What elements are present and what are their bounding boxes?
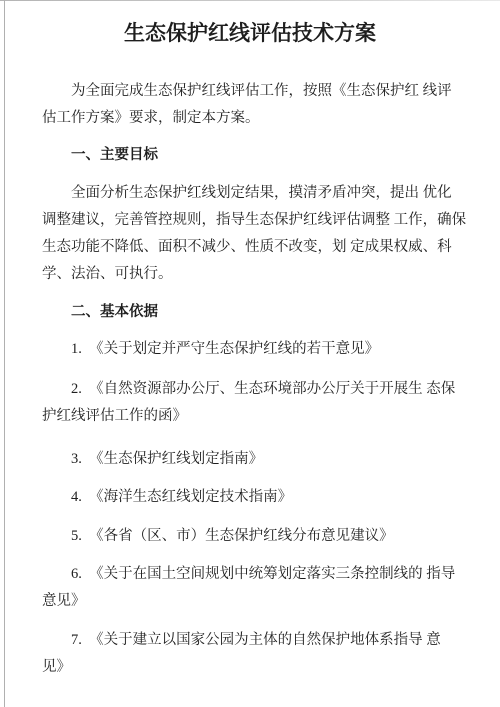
heading-line: 二、基本依据 [42, 299, 458, 326]
text-line: 6. 《关于在国土空间规划中统筹划定落实三条控制线的 指导 [42, 561, 458, 588]
heading-line: 一、主要目标 [42, 142, 458, 169]
text-line: 7. 《关于建立以国家公园为主体的自然保护地体系指导 意 [42, 627, 458, 654]
section1-body-paragraph: 全面分析生态保护红线划定结果，摸清矛盾冲突，提出 优化 调整建议，完善管控规则，… [42, 180, 458, 288]
list-item: 1. 《关于划定并严守生态保护红线的若干意见》 [42, 336, 458, 363]
section1-heading: 一、主要目标 [42, 142, 458, 169]
text-line: 5. 《各省（区、市）生态保护红线分布意见建议》 [42, 523, 458, 550]
text-line: 调整建议，完善管控规则，指导生态保护红线评估调整 工作，确保 [42, 207, 458, 234]
text-line: 4. 《海洋生态红线划定技术指南》 [42, 484, 458, 511]
text-line: 为全面完成生态保护红线评估工作，按照《生态保护红 线评 [42, 78, 458, 105]
list-item: 6. 《关于在国土空间规划中统筹划定落实三条控制线的 指导 意见》 [42, 561, 458, 615]
list-item: 5. 《各省（区、市）生态保护红线分布意见建议》 [42, 523, 458, 550]
list-item: 2. 《自然资源部办公厅、生态环境部办公厅关于开展生 态保 护红线评估工作的函》 [42, 376, 458, 430]
section2-heading: 二、基本依据 [42, 299, 458, 326]
text-line: 学、法治、可执行。 [42, 261, 458, 288]
document-content: 生态保护红线评估技术方案 为全面完成生态保护红线评估工作，按照《生态保护红 线评… [0, 0, 500, 681]
document-page: { "doc": { "title": "生态保护红线评估技术方案", "int… [0, 0, 500, 707]
text-line: 估工作方案》要求，制定本方案。 [42, 105, 458, 132]
text-line: 生态功能不降低、面积不减少、性质不改变，划 定成果权威、科 [42, 234, 458, 261]
list-item: 7. 《关于建立以国家公园为主体的自然保护地体系指导 意 见》 [42, 627, 458, 681]
text-line: 护红线评估工作的函》 [42, 403, 458, 430]
list-item: 4. 《海洋生态红线划定技术指南》 [42, 484, 458, 511]
text-line: 见》 [42, 654, 458, 681]
text-line: 1. 《关于划定并严守生态保护红线的若干意见》 [42, 336, 458, 363]
text-line: 2. 《自然资源部办公厅、生态环境部办公厅关于开展生 态保 [42, 376, 458, 403]
text-line: 全面分析生态保护红线划定结果，摸清矛盾冲突，提出 优化 [42, 180, 458, 207]
intro-paragraph: 为全面完成生态保护红线评估工作，按照《生态保护红 线评 估工作方案》要求，制定本… [42, 78, 458, 132]
text-line: 意见》 [42, 588, 458, 615]
document-title: 生态保护红线评估技术方案 [42, 14, 458, 48]
text-line: 3. 《生态保护红线划定指南》 [42, 446, 458, 473]
list-item: 3. 《生态保护红线划定指南》 [42, 446, 458, 473]
